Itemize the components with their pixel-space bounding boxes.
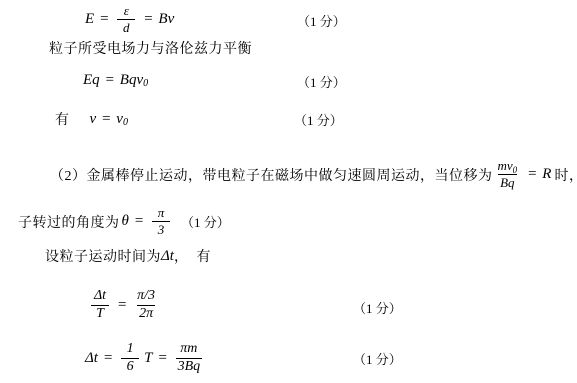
equals-sign: = [134,213,144,230]
var-Eq: Eq [83,72,100,89]
var-R: R [542,166,551,183]
equals-sign: = [101,111,111,128]
score-badge: （1 分） [353,298,402,317]
var-v: v [90,111,97,128]
score-badge: （1 分） [297,72,346,91]
fraction-pi-3: π 3 [152,205,170,237]
var-delta-t: Δt [85,350,98,367]
balance-statement: 粒子所受电场力与洛伦兹力平衡 [49,38,252,58]
time-text-b: ， 有 [174,246,211,266]
equals-sign: = [105,72,115,89]
fraction-1-6: 1 6 [121,341,139,376]
var-v0: v [116,111,123,128]
equation-ratio: Δt T = π/3 2π [88,281,160,329]
var-Bqv: Bqv [120,72,143,89]
equals-sign: = [103,350,113,367]
time-text-a: 设粒子运动时间为 [45,246,161,266]
part2-paragraph: （2）金属棒停止运动，带电粒子在磁场中做匀速圆周运动，当位移为 mv0 Bq =… [50,152,577,197]
denominator: 2π [137,305,155,323]
var-E: E [85,11,94,28]
fraction-mv0-Bq: mv0 Bq [496,158,520,190]
fraction-pim-3Bq: πm 3Bq [176,341,203,376]
numerator: mv0 [496,158,520,174]
score-badge: （1 分） [353,349,402,368]
numerator: Δt [92,288,108,305]
time-definition-line: 设粒子运动时间为 Δt ， 有 [45,246,211,266]
score-badge: （1 分） [297,11,346,30]
denominator: T [91,305,109,323]
score-badge: （1 分） [294,110,343,129]
equals-sign: = [527,166,537,183]
var-delta-t: Δt [161,248,174,265]
equation-velocity: 有 v = v 0 [55,109,128,129]
fraction-dt-T: Δt T [91,288,109,323]
equals-sign: = [99,11,109,28]
part2-text-b: 时，粒 [554,165,577,185]
subscript-0: 0 [143,78,148,89]
fraction-epsilon-d: ε d [117,3,135,35]
numerator: 1 [125,341,136,358]
solution-document: E = ε d = Bv （1 分） 粒子所受电场力与洛伦兹力平衡 Eq = B… [0,0,577,383]
numerator: πm [178,341,199,358]
denominator: d [117,19,135,36]
equation-result: Δt = 1 6 T = πm 3Bq [85,336,205,381]
equals-sign: = [117,297,127,314]
part2-text-a: （2）金属棒停止运动，带电粒子在磁场中做匀速圆周运动，当位移为 [50,165,493,185]
equation-force: Eq = Bqv 0 [83,70,148,90]
var-theta: θ [122,213,129,230]
equals-sign: = [157,350,167,367]
equals-sign: = [143,11,153,28]
angle-text: 子转过的角度为 [18,212,120,232]
subscript-0: 0 [123,117,128,128]
numerator: π/3 [135,288,157,305]
denominator: Bq [498,174,516,191]
denominator: 3Bq [176,358,203,376]
var-T: T [144,350,152,367]
var-Bv: Bv [158,11,174,28]
numerator: π [156,205,167,221]
label-you: 有 [55,109,70,129]
denominator: 3 [152,221,170,238]
fraction-pi3-2pi: π/3 2π [135,288,157,323]
score-badge: （1 分） [181,212,230,231]
angle-line: 子转过的角度为 θ = π 3 （1 分） [18,200,230,243]
equation-emf: E = ε d = Bv [85,3,174,35]
numerator: ε [122,3,131,19]
denominator: 6 [121,358,139,376]
